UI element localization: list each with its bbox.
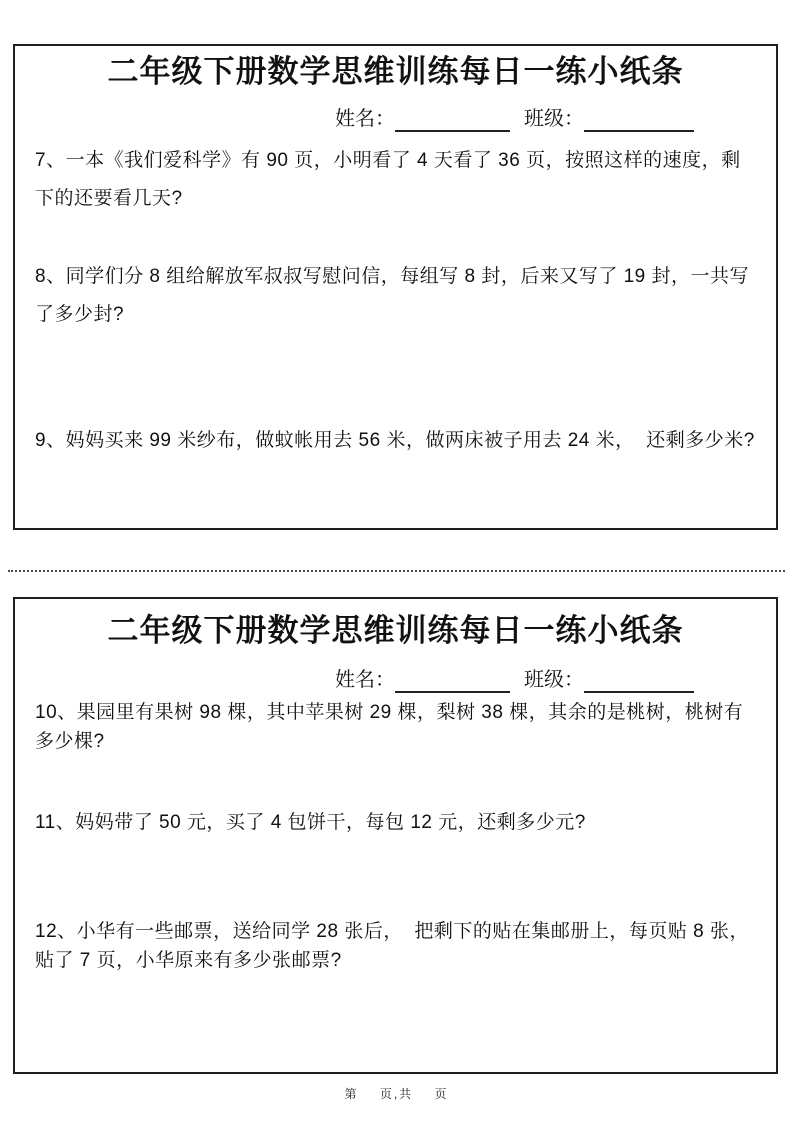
sheet-title: 二年级下册数学思维训练每日一练小纸条 [35,611,756,651]
name-blank-line [395,667,510,693]
worksheet-slip-2: 二年级下册数学思维训练每日一练小纸条 姓名： 班级： 10、果园里有果树 98 … [13,597,778,1074]
name-blank-line [395,106,510,132]
name-label: 姓名： [335,106,395,132]
question-10: 10、果园里有果树 98 棵，其中苹果树 29 棵，梨树 38 棵，其余的是桃树… [35,698,756,756]
question-11: 11、妈妈带了 50 元，买了 4 包饼干，每包 12 元，还剩多少元? [35,808,756,837]
class-blank-line [584,667,694,693]
question-12: 12、小华有一些邮票，送给同学 28 张后， 把剩下的贴在集邮册上，每页贴 8 … [35,917,756,975]
sheet-title: 二年级下册数学思维训练每日一练小纸条 [35,52,756,92]
class-blank-line [584,106,694,132]
name-class-row: 姓名： 班级： [335,663,756,693]
worksheet-slip-1: 二年级下册数学思维训练每日一练小纸条 姓名： 班级： 7、一本《我们爱科学》有 … [13,44,778,530]
question-8: 8、同学们分 8 组给解放军叔叔写慰问信，每组写 8 封，后来又写了 19 封，… [35,258,756,334]
question-9: 9、妈妈买来 99 米纱布，做蚊帐用去 56 米，做两床被子用去 24 米， 还… [35,422,756,460]
name-label: 姓名： [335,667,395,693]
page-number-footer: 第 页,共 页 [0,1085,793,1102]
class-label: 班级： [524,106,584,132]
cut-line-divider [8,570,785,572]
question-7: 7、一本《我们爱科学》有 90 页，小明看了 4 天看了 36 页，按照这样的速… [35,142,756,218]
worksheet-page: 二年级下册数学思维训练每日一练小纸条 姓名： 班级： 7、一本《我们爱科学》有 … [0,0,793,1121]
class-label: 班级： [524,667,584,693]
name-class-row: 姓名： 班级： [335,102,756,132]
